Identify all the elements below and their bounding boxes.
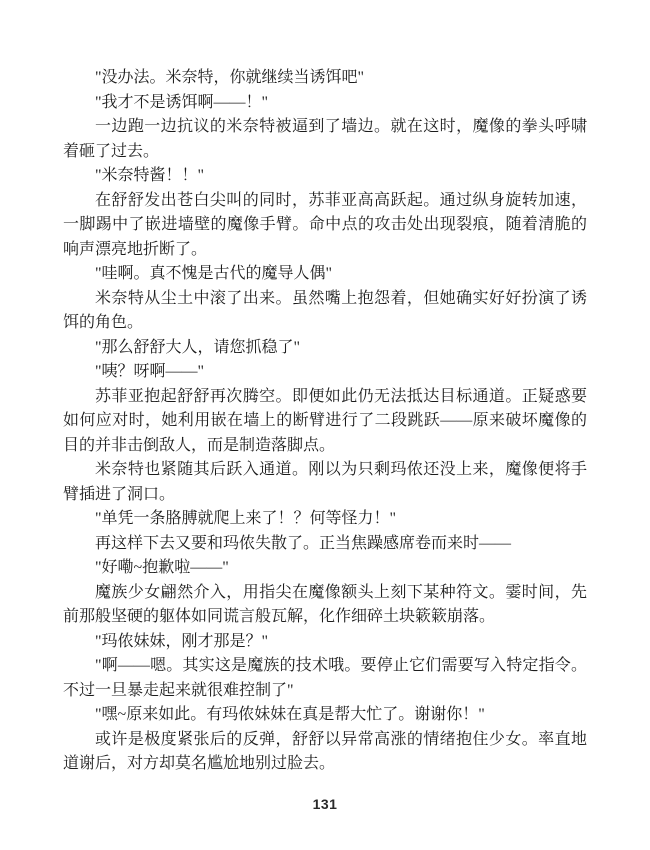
paragraph: "米奈特酱！！" [63, 164, 587, 189]
paragraph: 或许是极度紧张后的反弹，舒舒以异常高涨的情绪抱住少女。率直地道谢后，对方却莫名尴… [63, 728, 587, 777]
book-page: "没办法。米奈特，你就继续当诱饵吧""我才不是诱饵啊——！"一边跑一边抗议的米奈… [0, 0, 650, 850]
paragraph: 魔族少女翩然介入，用指尖在魔像额头上刻下某种符文。霎时间，先前那般坚硬的躯体如同… [63, 581, 587, 630]
paragraph: "那么舒舒大人，请您抓稳了" [63, 336, 587, 361]
paragraph: "啊——嗯。其实这是魔族的技术哦。要停止它们需要写入特定指令。不过一旦暴走起来就… [63, 654, 587, 703]
paragraph: "哇啊。真不愧是古代的魔导人偶" [63, 262, 587, 287]
text-body: "没办法。米奈特，你就继续当诱饵吧""我才不是诱饵啊——！"一边跑一边抗议的米奈… [63, 66, 587, 777]
paragraph: 米奈特从尘土中滚了出来。虽然嘴上抱怨着，但她确实好好扮演了诱饵的角色。 [63, 287, 587, 336]
paragraph: "我才不是诱饵啊——！" [63, 91, 587, 116]
paragraph: 在舒舒发出苍白尖叫的同时，苏菲亚高高跃起。通过纵身旋转加速，一脚踢中了嵌进墙壁的… [63, 189, 587, 263]
paragraph: "好嘞~抱歉啦——" [63, 556, 587, 581]
paragraph: "单凭一条胳膊就爬上来了！？何等怪力！" [63, 507, 587, 532]
paragraph: "咦？呀啊——" [63, 360, 587, 385]
paragraph: 再这样下去又要和玛侬失散了。正当焦躁感席卷而来时—— [63, 532, 587, 557]
paragraph: "玛侬妹妹，刚才那是？" [63, 630, 587, 655]
paragraph: 苏菲亚抱起舒舒再次腾空。即便如此仍无法抵达目标通道。正疑惑要如何应对时，她利用嵌… [63, 385, 587, 459]
page-number: 131 [0, 796, 650, 812]
paragraph: 米奈特也紧随其后跃入通道。刚以为只剩玛侬还没上来，魔像便将手臂插进了洞口。 [63, 458, 587, 507]
paragraph: 一边跑一边抗议的米奈特被逼到了墙边。就在这时，魔像的拳头呼啸着砸了过去。 [63, 115, 587, 164]
paragraph: "没办法。米奈特，你就继续当诱饵吧" [63, 66, 587, 91]
paragraph: "嘿~原来如此。有玛侬妹妹在真是帮大忙了。谢谢你！" [63, 703, 587, 728]
